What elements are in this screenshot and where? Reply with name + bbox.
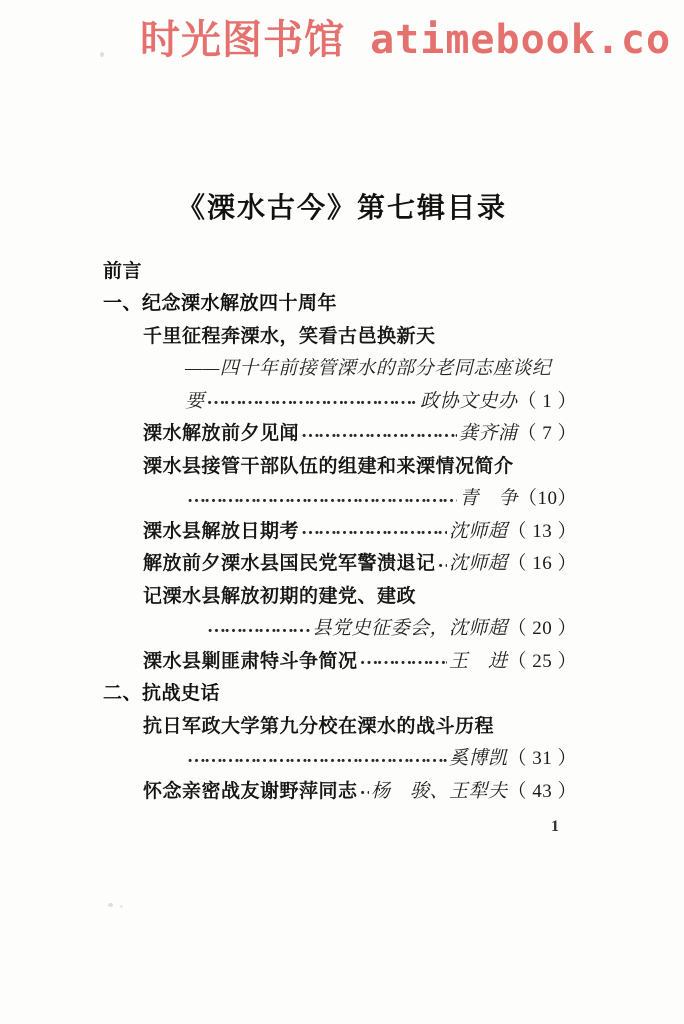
entry-subtitle-label: ——四十年前接管溧水的部分老同志座谈纪 [185,353,551,380]
entry-page-number: （ 13 ） [507,516,577,543]
entry-title-label: 千里征程奔溧水，笑看古邑换新天 [143,321,436,348]
dot-leader: ……………………………………………………………………………………………… [360,648,447,670]
entry-author: 王 进 [449,646,508,673]
dot-leader: ……………………………………………………………………………………………… [187,746,447,768]
folio-page-number: 1 [551,818,559,836]
entry-page-number: （ 20 ） [507,613,577,640]
entry-author: 青 争 [459,483,518,510]
entry-page-number: （ 1 ） [517,386,577,413]
entry-title-label: 解放前夕溧水县国民党军警溃退记 [143,548,436,575]
scan-artifact [100,52,104,57]
entry-title-label: 溧水县剿匪肃特斗争简况 [143,646,358,673]
dot-leader: ……………………………………………………………………………………………… [301,518,447,540]
page-title: 《溧水古今》第七辑目录 [0,186,684,226]
entry-page-number: （ 16 ） [507,548,577,575]
section-header-label: 一、纪念溧水解放四十周年 [103,288,337,315]
section-header-label: 前言 [103,256,142,283]
toc-section-header: 一、纪念溧水解放四十周年 [103,286,577,319]
dot-leader: ……………………………………………………………………………………………… [207,616,310,638]
table-of-contents: 前言 一、纪念溧水解放四十周年 千里征程奔溧水，笑看古邑换新天 ——四十年前接管… [103,253,577,806]
dot-leader: ……………………………………………………………………………………………… [301,421,457,443]
section-header-label: 二、抗战史话 [103,678,220,705]
dot-leader: ……………………………………………………………………………………………… [438,551,447,573]
entry-author: 沈师超 [449,548,508,575]
toc-entry: 怀念亲密战友谢野萍同志 …………………………………………………………………………… [103,773,577,806]
toc-entry: ……………………………………………………………………………………………… 青 争… [103,481,577,514]
entry-title-label: 溧水解放前夕见闻 [143,418,299,445]
entry-author: 沈师超 [449,516,508,543]
toc-entry: 溧水县剿匪肃特斗争简况 …………………………………………………………………………… [103,643,577,676]
entry-page-number: （ 43 ） [507,776,577,803]
scanned-book-page: 时光图书馆 atimebook.co 《溧水古今》第七辑目录 前言 一、纪念溧水… [0,0,684,1024]
toc-entry-subtitle: ——四十年前接管溧水的部分老同志座谈纪 [103,351,577,384]
entry-title-label: 要 [185,386,205,413]
entry-title-label: 溧水县解放日期考 [143,516,299,543]
toc-entry: 要 ……………………………………………………………………………………………… 政… [103,383,577,416]
dot-leader: ……………………………………………………………………………………………… [360,778,369,800]
toc-entry: 溧水县解放日期考 …………………………………………………………………………………… [103,513,577,546]
toc-entry-title: 记溧水县解放初期的建党、建政 [103,578,577,611]
entry-page-number: （10） [518,483,577,510]
scan-artifact [108,903,113,907]
dot-leader: ……………………………………………………………………………………………… [187,486,457,508]
toc-entry-title: 千里征程奔溧水，笑看古邑换新天 [103,318,577,351]
entry-title-label: 怀念亲密战友谢野萍同志 [143,776,358,803]
entry-title-label: 溧水县接管干部队伍的组建和来溧情况简介 [143,451,514,478]
toc-section-header: 前言 [103,253,577,286]
toc-entry-title: 溧水县接管干部队伍的组建和来溧情况简介 [103,448,577,481]
entry-page-number: （ 25 ） [507,646,577,673]
entry-author: 奚博凯 [449,743,508,770]
toc-section-header: 二、抗战史话 [103,676,577,709]
entry-author: 龚齐浦 [459,418,518,445]
entry-title-label: 抗日军政大学第九分校在溧水的战斗历程 [143,711,494,738]
toc-entry: 解放前夕溧水县国民党军警溃退记 ………………………………………………………………… [103,546,577,579]
toc-entry: 溧水解放前夕见闻 …………………………………………………………………………………… [103,416,577,449]
entry-author: 政协文史办 [420,386,518,413]
entry-page-number: （ 7 ） [517,418,577,445]
entry-title-label: 记溧水县解放初期的建党、建政 [143,581,416,608]
toc-entry: ……………………………………………………………………………………………… 奚博凯… [103,741,577,774]
toc-entry-title: 抗日军政大学第九分校在溧水的战斗历程 [103,708,577,741]
watermark-text: 时光图书馆 atimebook.co [140,8,671,65]
dot-leader: ……………………………………………………………………………………………… [207,388,418,410]
entry-author: 县党史征委会，沈师超 [312,613,507,640]
scan-artifact [120,905,123,908]
toc-entry: ……………………………………………………………………………………………… 县党史… [103,611,577,644]
entry-author: 杨 骏、王犁夫 [371,776,508,803]
entry-page-number: （ 31 ） [507,743,577,770]
